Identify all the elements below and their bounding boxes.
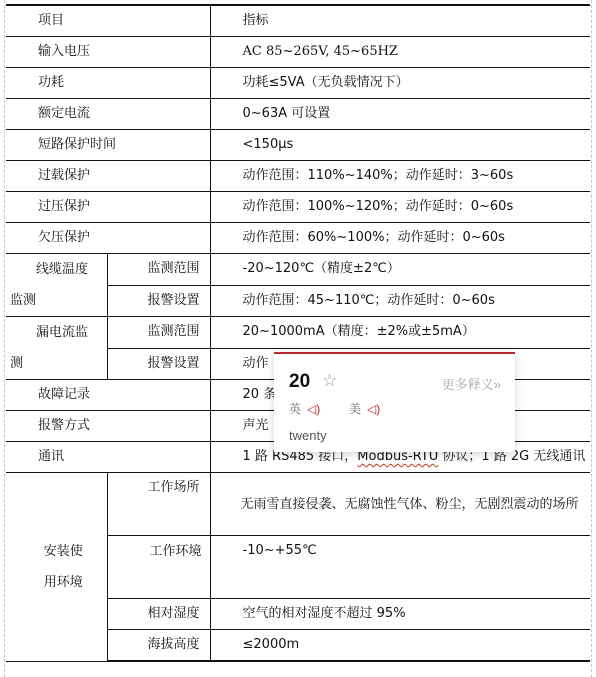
row-value: AC 85~265V, 45~65HZ <box>210 37 590 68</box>
row-value: 20~1000mA（精度：±2%或±5mA） <box>210 317 590 349</box>
row-value: 0~63A 可设置 <box>210 99 590 130</box>
sub-label-monitor: 监测范围 <box>107 317 210 349</box>
star-icon[interactable]: ☆ <box>322 371 337 391</box>
row-label: 欠压保护 <box>6 223 210 254</box>
row-label: 通讯 <box>6 442 210 473</box>
header-spec: 指标 <box>210 5 590 37</box>
row-value: 动作范围：60%~100%；动作延时：0~60s <box>210 223 590 254</box>
table-row: 输入电压 AC 85~265V, 45~65HZ <box>6 37 590 68</box>
page-margin-left <box>4 0 5 677</box>
row-label-cable-temp: 线缆温度监测 <box>6 254 107 317</box>
sub-label-alarm: 报警设置 <box>107 348 210 380</box>
table-row: 线缆温度监测 监测范围 -20~120℃（精度±2℃） <box>6 254 590 286</box>
popup-translation: twenty <box>289 428 327 443</box>
us-pronunciation: 美◁) <box>349 400 380 417</box>
row-label: 过载保护 <box>6 161 210 192</box>
page-margin-right <box>591 0 592 677</box>
popup-word: 20 <box>289 371 310 393</box>
row-label: 过压保护 <box>6 192 210 223</box>
speaker-icon[interactable]: ◁) <box>307 402 320 416</box>
sub-label-temp: 工作环境温度 <box>107 536 210 599</box>
table-row: 漏电流监测 监测范围 20~1000mA（精度：±2%或±5mA） <box>6 317 590 349</box>
row-value: 空气的相对湿度不超过 95% <box>210 599 590 630</box>
row-label-install-env: 安装使用环境 <box>6 473 107 662</box>
table-row: 安装使用环境 工作场所 无雨雪直接侵袭、无腐蚀性气体、粉尘，无剧烈震动的场所 <box>6 473 590 536</box>
dictionary-popup: 20 ☆ 更多释义» 英◁) 美◁) twenty <box>274 352 515 452</box>
spec-table: 项目 指标 输入电压 AC 85~265V, 45~65HZ 功耗 功耗≤5VA… <box>6 4 590 662</box>
table-row: 额定电流 0~63A 可设置 <box>6 99 590 130</box>
row-value: <150μs <box>210 130 590 161</box>
row-value: ≤2000m <box>210 630 590 662</box>
row-label: 短路保护时间 <box>6 130 210 161</box>
sub-label-humidity: 相对湿度 <box>107 599 210 630</box>
row-value: 功耗≤5VA（无负载情况下） <box>210 68 590 99</box>
row-value: -20~120℃（精度±2℃） <box>210 254 590 286</box>
row-label-leakage: 漏电流监测 <box>6 317 107 380</box>
more-definitions-link[interactable]: 更多释义» <box>442 374 501 393</box>
sub-label-alarm: 报警设置 <box>107 285 210 317</box>
row-value: 动作范围：110%~140%；动作延时：3~60s <box>210 161 590 192</box>
row-value: -10~+55℃ <box>210 536 590 599</box>
table-row: 短路保护时间 <150μs <box>6 130 590 161</box>
row-value: 动作范围：100%~120%；动作延时：0~60s <box>210 192 590 223</box>
row-value: 无雨雪直接侵袭、无腐蚀性气体、粉尘，无剧烈震动的场所 <box>210 473 590 536</box>
uk-pronunciation: 英◁) <box>289 400 320 417</box>
sub-label-site: 工作场所 <box>107 473 210 536</box>
sub-label-altitude: 海拔高度 <box>107 630 210 662</box>
row-label: 输入电压 <box>6 37 210 68</box>
row-label: 故障记录 <box>6 380 210 411</box>
table-row: 过压保护 动作范围：100%~120%；动作延时：0~60s <box>6 192 590 223</box>
row-value: 动作范围：45~110℃；动作延时：0~60s <box>210 285 590 317</box>
table-header-row: 项目 指标 <box>6 5 590 37</box>
table-row: 功耗 功耗≤5VA（无负载情况下） <box>6 68 590 99</box>
header-item: 项目 <box>6 5 210 37</box>
row-label: 额定电流 <box>6 99 210 130</box>
row-label: 功耗 <box>6 68 210 99</box>
sub-label-monitor: 监测范围 <box>107 254 210 286</box>
speaker-icon[interactable]: ◁) <box>367 402 380 416</box>
table-row: 过载保护 动作范围：110%~140%；动作延时：3~60s <box>6 161 590 192</box>
row-label: 报警方式 <box>6 411 210 442</box>
table-row: 欠压保护 动作范围：60%~100%；动作延时：0~60s <box>6 223 590 254</box>
